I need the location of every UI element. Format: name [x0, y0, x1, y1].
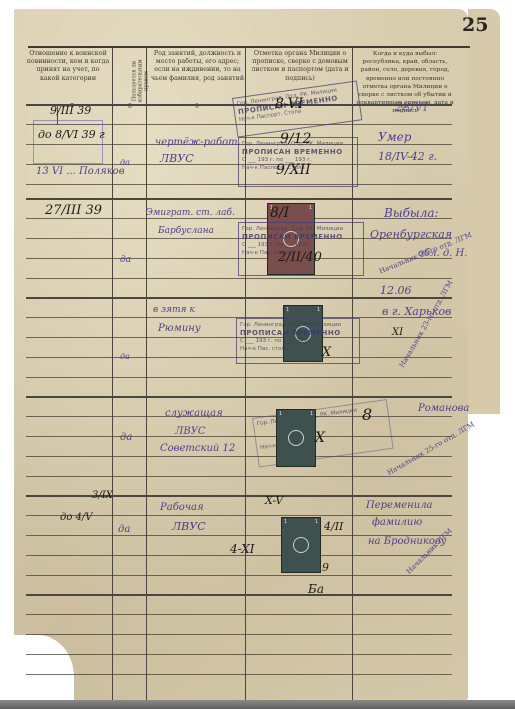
stamp-denomination: 1	[286, 307, 289, 313]
grid-line	[26, 278, 452, 279]
column-header-registration: Отметка органа Милиции о прописке, сверк…	[250, 50, 350, 83]
stamp-denomination: 1	[310, 411, 313, 417]
grid-line	[26, 396, 452, 398]
grid-line	[26, 495, 452, 497]
handwritten-date: до 8/VI 39 г	[38, 128, 105, 141]
grid-line	[26, 575, 452, 576]
grid-line	[26, 594, 452, 596]
emblem-icon	[293, 537, 309, 553]
handwritten-name: Романова	[418, 403, 469, 414]
paper-tear	[0, 540, 14, 554]
handwritten-date: 9/III 39	[50, 104, 91, 117]
grid-line	[26, 377, 452, 378]
revenue-stamp: 11	[281, 517, 321, 573]
departure-destination: в г. Харьков	[382, 305, 451, 318]
grid-line	[26, 634, 452, 635]
stamp-denomination: 1	[315, 519, 318, 525]
stamp-line: ПРОПИСАН ВРЕМЕННО	[242, 233, 360, 241]
handwritten-signature: Ба	[308, 582, 324, 596]
handwritten-date: 4/II	[324, 520, 343, 533]
stamp-line: Гор. Ленинград. Отд. РК. Милиции	[240, 321, 356, 329]
occupation: чертёж-работ.	[155, 137, 241, 148]
column-header-voting: Пользуется ли избирательным правом	[113, 52, 143, 91]
handwritten-mark: XI	[392, 327, 403, 338]
handwritten-date: 28/VI	[395, 100, 428, 114]
handwritten-mark: 9	[322, 561, 329, 574]
workplace: ЛВУС	[172, 520, 206, 533]
workplace: ЛВУС	[175, 426, 206, 437]
stamp-line: ПРОПИСАН ВРЕМЕННО	[240, 329, 356, 337]
handwritten-date: 8/I	[270, 205, 289, 221]
handwritten-mark: 8	[362, 405, 372, 424]
name-change-note: фамилию	[372, 517, 422, 528]
police-stamp: Гор. Ленинград. Отд. РК. Милиции ПРОПИСА…	[238, 222, 364, 276]
handwritten-date: X-V	[265, 494, 283, 507]
column-header-military: Отношение к воинской повинности, кем и к…	[26, 50, 110, 83]
workplace: Барбуслана	[158, 226, 214, 236]
stamp-denomination: 1	[317, 307, 320, 313]
grid-line	[26, 654, 452, 655]
workplace-address: Советский 12	[160, 443, 235, 454]
workplace: ЛВУС	[160, 152, 194, 165]
scan-shadow	[0, 700, 515, 709]
departure-destination: Оренбургская	[370, 228, 452, 241]
grid-line	[26, 674, 452, 675]
handwritten-date: 8-VI	[275, 96, 303, 112]
handwritten-date: 4-XI	[230, 542, 255, 556]
revenue-stamp: 11	[276, 409, 316, 467]
handwritten-date: 27/III 39	[45, 203, 102, 218]
handwritten-date: 2/II/40	[278, 250, 322, 265]
grid-line	[26, 456, 452, 457]
handwritten-date: 18/IV-42 г.	[378, 150, 437, 163]
stamp-line: С ___ 193 г. по ___ 193 г.	[240, 337, 356, 345]
occupation: в зятя к	[153, 305, 195, 315]
grid-line	[26, 614, 452, 615]
stamp-line: ПРОПИСАН ВРЕМЕННО	[242, 148, 354, 156]
stamp-line: Гор. Ленинград. Отд. РК. Милиции	[242, 225, 360, 233]
workplace: Рюмину	[158, 323, 201, 334]
handwritten-date: 9/XII	[276, 162, 311, 178]
handwritten-date: 9/12	[280, 131, 311, 147]
voting-answer: да	[120, 158, 130, 167]
handwritten-signature: 13 VI ... Поляков	[36, 166, 125, 177]
stamp-denomination: 1	[284, 519, 287, 525]
handwritten-date: до 4/V	[60, 512, 93, 523]
grid-line	[26, 297, 452, 299]
emblem-icon	[288, 430, 304, 446]
voting-answer: да	[120, 255, 131, 265]
document-page-extension	[468, 9, 500, 414]
grid-line	[26, 198, 452, 200]
police-stamp: Гор. Ленинград. Отд. РК. Милиции ПРОПИСА…	[236, 318, 360, 364]
stamp-line: С ___ 193 г. по ___ 193 г.	[242, 241, 360, 249]
stamp-denomination: 1	[279, 411, 282, 417]
death-note: Умер	[378, 130, 411, 144]
handwritten-mark: X	[315, 430, 325, 446]
page-number: 25	[462, 14, 488, 36]
header-rule	[28, 46, 470, 48]
handwritten-date: 12.06	[380, 284, 412, 297]
column-header-occupation: Род занятий, должность и место работы, е…	[150, 50, 245, 83]
voting-answer: да	[120, 352, 130, 361]
stamp-line: Нач-к Пас. стола	[240, 345, 356, 353]
voting-answer: да	[120, 432, 132, 443]
voting-answer: да	[118, 524, 130, 535]
handwritten-mark: X	[322, 345, 331, 360]
grid-line	[26, 476, 452, 477]
stamp-denomination: 1	[309, 205, 312, 211]
occupation: Рабочая	[160, 502, 204, 513]
occupation: Эмиграт. ст. лаб.	[146, 208, 235, 218]
handwritten-date: 3/IX	[92, 490, 113, 501]
departure-label: Выбыла:	[384, 206, 439, 220]
registration-stamp	[33, 120, 103, 164]
name-change-note: Переменила	[366, 500, 433, 511]
occupation: служащая	[165, 408, 223, 419]
